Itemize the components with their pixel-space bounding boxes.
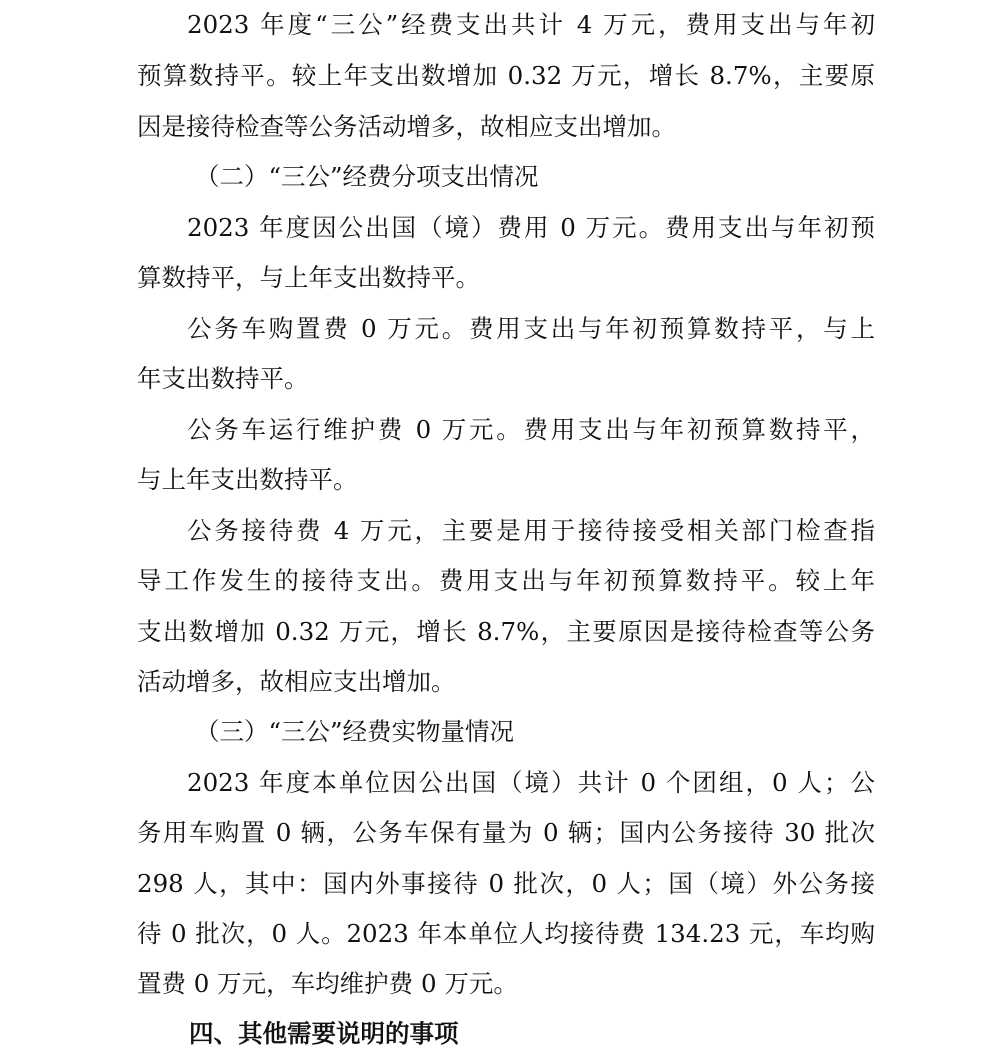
text-line: 待 0 批次，0 人。2023 年本单位人均接待费 134.23 元，车均购 <box>137 919 875 949</box>
text-line: 年支出数持平。 <box>137 364 875 394</box>
text-line: 因是接待检查等公务活动增多，故相应支出增加。 <box>137 112 875 142</box>
text-line: 与上年支出数持平。 <box>137 465 875 495</box>
text-line: 支出数增加 0.32 万元，增长 8.7%，主要原因是接待检查等公务 <box>137 617 875 647</box>
text-line: 导工作发生的接待支出。费用支出与年初预算数持平。较上年 <box>137 566 875 596</box>
text-line: 公务车运行维护费 0 万元。费用支出与年初预算数持平， <box>187 415 875 445</box>
text-line: 公务车购置费 0 万元。费用支出与年初预算数持平，与上 <box>187 314 875 344</box>
text-line: 务用车购置 0 辆，公务车保有量为 0 辆；国内公务接待 30 批次 <box>137 818 875 848</box>
text-line: 2023 年度“三公”经费支出共计 4 万元，费用支出与年初 <box>187 10 875 40</box>
text-line: 2023 年度本单位因公出国（境）共计 0 个团组，0 人；公 <box>187 768 875 798</box>
subheading-physical-quantities: （三）“三公”经费实物量情况 <box>195 717 514 747</box>
section-heading-other-matters: 四、其他需要说明的事项 <box>189 1019 459 1049</box>
text-line: 2023 年度因公出国（境）费用 0 万元。费用支出与年初预 <box>187 213 875 243</box>
text-line: 算数持平，与上年支出数持平。 <box>137 263 875 293</box>
text-line: 298 人，其中：国内外事接待 0 批次，0 人；国（境）外公务接 <box>137 869 875 899</box>
text-line: 预算数持平。较上年支出数增加 0.32 万元，增长 8.7%，主要原 <box>137 61 875 91</box>
text-line: 置费 0 万元，车均维护费 0 万元。 <box>137 969 875 999</box>
subheading-itemized-expenses: （二）“三公”经费分项支出情况 <box>195 162 539 192</box>
text-line: 活动增多，故相应支出增加。 <box>137 667 875 697</box>
text-line: 公务接待费 4 万元，主要是用于接待接受相关部门检查指 <box>187 516 875 546</box>
